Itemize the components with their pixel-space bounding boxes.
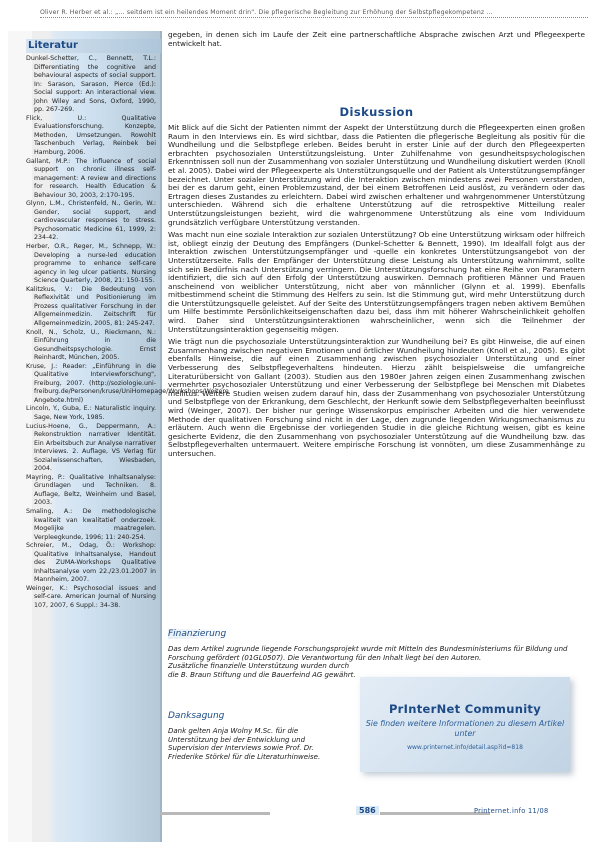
running-header: Oliver R. Herber et al.: „... seitdem is… (40, 9, 588, 18)
funding-body: Das dem Artikel zugrunde liegende Forsch… (168, 645, 585, 680)
reference-item: Weinger, K.: Psychosocial issues and sel… (26, 585, 156, 611)
intro-text: gegeben, in denen sich im Laufe der Zeit… (168, 31, 585, 52)
page-number: 586 (356, 806, 379, 815)
discussion-paragraph: Mit Blick auf die Sicht der Patienten ni… (168, 124, 585, 227)
discussion-paragraph: Was macht nun eine soziale Interaktion z… (168, 231, 585, 334)
reference-item: Schreier, M., Odag, Ö.: Workshop: Qualit… (26, 542, 156, 585)
reference-item: Flick, U.: Qualitative Evaluationsforsch… (26, 115, 156, 158)
intro-paragraph: gegeben, in denen sich im Laufe der Zeit… (168, 31, 585, 48)
reference-item: Lincoln, Y., Guba, E.: Naturalistic inqu… (26, 405, 156, 422)
reference-item: Mayring, P.: Qualitative Inhaltsanalyse:… (26, 474, 156, 508)
community-info-box: PrInterNet Community Sie finden weitere … (360, 677, 570, 772)
discussion-paragraph: Wie trägt nun die psychosoziale Unterstü… (168, 338, 585, 458)
discussion-body: Mit Blick auf die Sicht der Patienten ni… (168, 124, 585, 463)
community-text: Sie finden weitere Informationen zu dies… (360, 719, 570, 739)
funding-text-additional: Zusätzliche finanzielle Unterstützung wu… (168, 662, 358, 679)
reference-item: Kruse, J.: Reader: „Einführung in die Qu… (26, 363, 156, 406)
reference-item: Smaling, A.: De methodologische kwalitei… (26, 508, 156, 542)
funding-heading: Finanzierung (168, 629, 232, 639)
funding-text: Das dem Artikel zugrunde liegende Forsch… (168, 645, 567, 662)
reference-item: Herber, O.R., Reger, M., Schnepp, W.: De… (26, 243, 156, 286)
references-list: Dunkel-Schetter, C., Bennett, T.L.: Diff… (26, 55, 156, 611)
footer-rule-left (160, 812, 270, 815)
community-title: PrInterNet Community (360, 702, 570, 716)
journal-reference: Printernet.info 11/08 (474, 807, 549, 815)
community-url-link[interactable]: www.printernet.info/detail.asp?id=818 (360, 744, 570, 751)
reference-item: Lucius-Hoene, G., Deppermann, A.: Rekons… (26, 423, 156, 474)
references-heading: Literatur (26, 39, 161, 53)
reference-item: Glynn, L.M., Christenfeld, N., Gerin, W.… (26, 200, 156, 243)
reference-item: Gallant, M.P.: The influence of social s… (26, 158, 156, 201)
reference-item: Knoll, N., Scholz, U., Rieckmann, N.: Ei… (26, 329, 156, 363)
acknowledgement-text: Dank gelten Anja Wolny M.Sc. für die Unt… (168, 727, 348, 762)
discussion-heading: Diskussion (168, 105, 585, 119)
acknowledgement-heading: Danksagung (168, 711, 224, 721)
sidebar-divider (160, 31, 162, 842)
reference-item: Kalitzkus, V.: Die Bedeutung von Reflexi… (26, 286, 156, 329)
reference-item: Dunkel-Schetter, C., Bennett, T.L.: Diff… (26, 55, 156, 115)
